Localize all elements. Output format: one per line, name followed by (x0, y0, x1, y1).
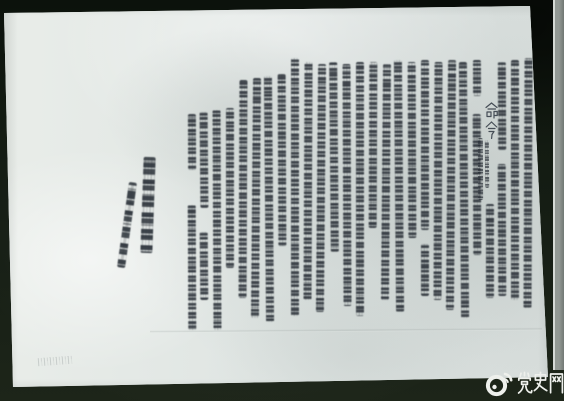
handwritten-text-column (303, 62, 312, 300)
site-name-text (517, 371, 564, 395)
handwritten-text-column (213, 110, 222, 330)
handwritten-text-column (329, 62, 339, 252)
handwritten-text-column (226, 108, 234, 268)
handwritten-text-column (511, 60, 519, 300)
handwritten-text-column (356, 62, 364, 316)
handwritten-text-column (394, 60, 404, 312)
handwritten-text-column (316, 64, 326, 312)
handwritten-text-column (473, 60, 481, 96)
handwritten-text-column (200, 112, 209, 208)
handwritten-text-column (446, 60, 456, 310)
handwritten-text-column (421, 60, 429, 230)
handwritten-text-column (408, 62, 417, 238)
handwritten-text-column (188, 114, 196, 170)
signature-column (117, 182, 137, 268)
handwritten-text-column (278, 74, 287, 246)
weibo-eye-icon (483, 368, 515, 398)
handwritten-text-column (421, 244, 429, 296)
date-column (478, 138, 483, 200)
handwritten-text-column (433, 62, 442, 300)
handwritten-text-column (251, 78, 261, 318)
handwritten-text-column (342, 64, 351, 306)
handwritten-text-column (291, 58, 299, 316)
handwritten-text-column (369, 62, 378, 228)
handwritten-text-column (498, 164, 507, 296)
handwritten-text-column (188, 205, 197, 330)
handwritten-text-column (239, 80, 248, 298)
scan-edge-strip (553, 0, 564, 370)
document-paper (0, 0, 564, 401)
signature-column (140, 157, 155, 253)
handwritten-text-column (381, 64, 391, 300)
handwritten-text-column (200, 232, 209, 300)
handwritten-text-column (486, 204, 494, 298)
date-column (485, 140, 489, 188)
handwriting-layer (0, 0, 564, 401)
handwritten-text-column (459, 62, 469, 318)
document-title-calligraphy (483, 101, 500, 139)
handwritten-text-column (264, 76, 274, 322)
archive-photo (0, 0, 564, 401)
handwritten-text-column (523, 58, 532, 308)
site-watermark (483, 368, 564, 398)
